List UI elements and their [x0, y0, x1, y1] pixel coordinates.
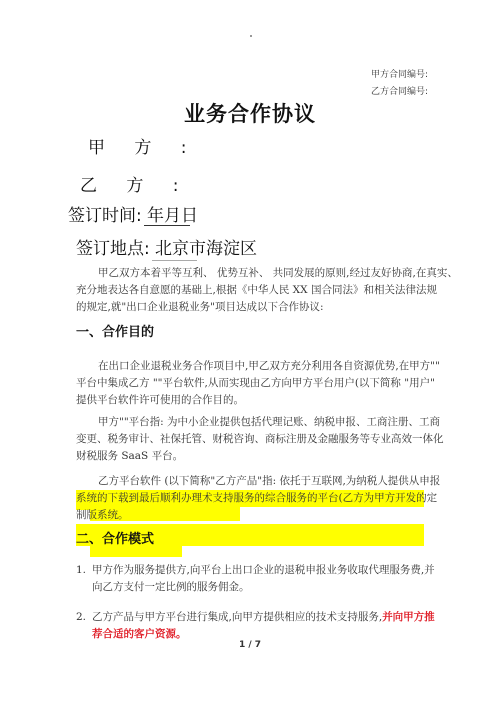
list-item-2-emphasis: 并向甲方推 [382, 611, 435, 623]
s1-p1-line-2: 平台中集成乙方 ""平台软件,从而实现由乙方向甲方平台用户(以下简称 "用户" [76, 375, 435, 392]
s1-p2-line-2: 变更、税务审计、社保托管、财税咨询、商标注册及金融服务等专业高效一体化 [76, 431, 444, 448]
sign-place-underline [152, 260, 197, 261]
s1-p3-line-1: 乙方平台软件 (以下简称"乙方产品"指: 依托于互联网,为纳税人提供从申报 [98, 473, 440, 490]
list-item-2-number: 2. [76, 609, 86, 626]
party-b-contract-no-label: 乙方合同编号: [371, 84, 428, 97]
s1-p2-line-3: 财税服务 SaaS 平台。 [76, 448, 183, 465]
section-1-heading: 一、合作目的 [76, 321, 154, 340]
intro-line-1: 甲乙双方本着平等互利、 优势互补、 共同发展的原则,经过友好协商,在真实、 [98, 265, 458, 282]
highlight-band [90, 546, 182, 557]
intro-line-3: 的规定,就"出口企业退税业务"项目达成以下合作协议: [76, 299, 324, 316]
sign-place-value: 北京市海淀区 [155, 234, 257, 259]
sign-time-underline [144, 225, 190, 226]
section-2-heading: 二、合作模式 [76, 528, 154, 547]
list-item-1-line-2: 向乙方支付一定比例的服务佣金。 [92, 579, 250, 596]
list-item-1-number: 1. [76, 562, 86, 579]
s1-p2-line-1: 甲方""平台指: 为中小企业提供包括代理记账、纳税申报、工商注册、工商 [98, 414, 440, 431]
list-item-2-line-1: 乙方产品与甲方平台进行集成,向甲方提供相应的技术支持服务,并向甲方推 [92, 609, 435, 626]
sign-time-value: 年月日 [147, 201, 198, 226]
page-number: 1 / 7 [0, 640, 500, 650]
party-b-label: 乙 方 : [80, 171, 191, 196]
s1-p1-line-1: 在出口企业退税业务合作项目中,甲乙双方充分利用各自资源优势,在甲方"" [98, 358, 440, 375]
s1-p1-line-3: 提供平台软件许可使用的合作目的。 [76, 392, 244, 409]
s1-p3-line-3: 制版系统。 [76, 507, 129, 524]
sign-time-label: 签订时间: [68, 201, 142, 226]
party-a-contract-no-label: 甲方合同编号: [371, 67, 428, 80]
list-item-2-plain: 乙方产品与甲方平台进行集成,向甲方提供相应的技术支持服务, [92, 611, 382, 623]
list-item-1-line-1: 甲方作为服务提供方,向平台上出口企业的退税申报业务收取代理服务费,并 [92, 562, 435, 579]
sign-place-label: 签订地点: [76, 234, 150, 259]
s1-p3-line-2: 系统的下载到最后顺利办理术支持服务的综合服务的平台(乙方为甲方开发的定 [76, 490, 437, 507]
intro-line-2: 充分地表达各自意愿的基础上,根据《中华人民 XX 国合同法》和相关法律法规 [76, 282, 437, 299]
document-title: 业务合作协议 [0, 98, 500, 128]
center-mark [250, 35, 252, 37]
party-a-label: 甲 方 : [88, 133, 199, 158]
